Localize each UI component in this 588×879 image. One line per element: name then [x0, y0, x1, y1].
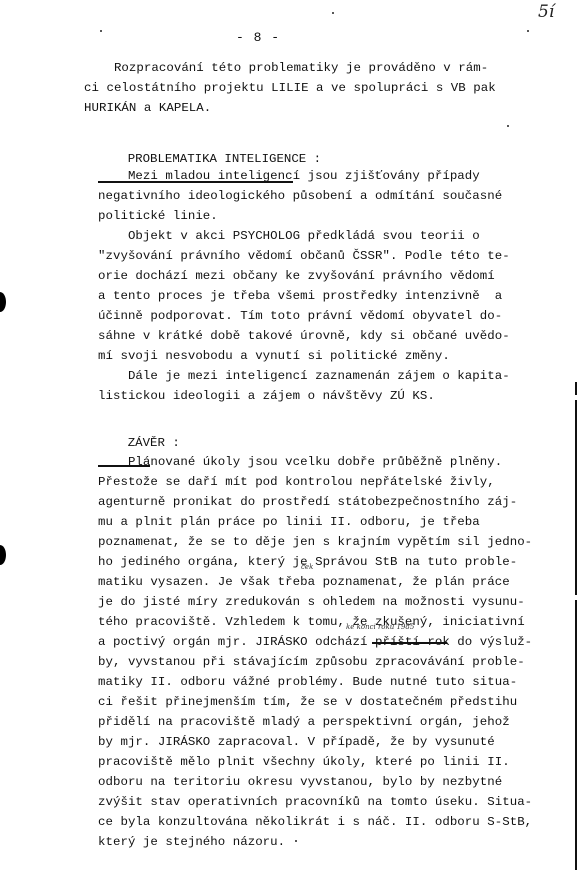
- text-line: mu a plnit plán práce po linii II. odbor…: [98, 512, 480, 532]
- text-line: ci celostátního projektu LILIE a ve spol…: [84, 78, 496, 98]
- text-line: je do jisté míry zredukován s ohledem na…: [98, 592, 525, 612]
- strikethrough-mark: [372, 642, 447, 644]
- text-line: přidělí na pracoviště mladý a perspektiv…: [98, 712, 510, 732]
- text-line: HURIKÁN a KAPELA.: [84, 98, 211, 118]
- text-line: tého pracoviště. Vzhledem k tomu, že zku…: [98, 612, 525, 632]
- text-line: a poctivý orgán mjr. JIRÁSKO odchází pří…: [98, 632, 532, 652]
- speck: [295, 840, 297, 842]
- handwritten-annotation-small: ček: [301, 563, 313, 571]
- handwritten-annotation: ke konci roku 1985: [346, 623, 414, 631]
- margin-line: [575, 400, 577, 595]
- text-line: Objekt v akci PSYCHOLOG předkládá svou t…: [98, 226, 480, 246]
- text-line: by mjr. JIRÁSKO zapracoval. V případě, ž…: [98, 732, 495, 752]
- heading-text: ZÁVĚR :: [128, 436, 180, 450]
- speck: [527, 30, 529, 32]
- speck: [100, 30, 102, 32]
- text-line: pracoviště mělo plnit všechny úkoly, kte…: [98, 752, 510, 772]
- text-line: negativního ideologického působení a odm…: [98, 186, 502, 206]
- text-line: a tento proces je třeba všemi prostředky…: [98, 286, 502, 306]
- text-line: mí svoji nesvobodu a vynutí si politické…: [98, 346, 450, 366]
- text-line: matiku vysazen. Je však třeba poznamenat…: [98, 572, 510, 592]
- text-line: Mezi mladou inteligencí jsou zjišťovány …: [98, 166, 480, 186]
- text-line: listickou ideologii a zájem o návštěvy Z…: [98, 386, 435, 406]
- document-page: 5í - 8 - Rozpracování této problematiky …: [0, 0, 588, 879]
- text-line: matiky II. odboru vážné problémy. Bude n…: [98, 672, 517, 692]
- speck: [507, 125, 509, 127]
- text-line: sáhne v krátké době takové úrovně, kdy s…: [98, 326, 510, 346]
- text-line: politické linie.: [98, 206, 218, 226]
- text-line: Rozpracování této problematiky je provád…: [84, 58, 488, 78]
- heading-text: PROBLEMATIKA INTELIGENCE :: [128, 152, 321, 166]
- text-line: agenturně pronikat do prostředí státobez…: [98, 492, 517, 512]
- speck: [332, 12, 334, 14]
- text-line: by, vyvstanou při stávajícím způsobu zpr…: [98, 652, 525, 672]
- text-line: který je stejného názoru.: [98, 832, 285, 852]
- punch-hole: [0, 292, 6, 312]
- text-line: Přestože se daří mít pod kontrolou nepřá…: [98, 472, 495, 492]
- text-line: Plánované úkoly jsou vcelku dobře průběž…: [98, 452, 502, 472]
- margin-line: [575, 382, 577, 395]
- text-line: ci řešit přinejmenším tím, že se v dosta…: [98, 692, 517, 712]
- text-line: zvýšit stav operativních pracovníků na t…: [98, 792, 532, 812]
- text-line: orie dochází mezi občany ke zvyšování pr…: [98, 266, 495, 286]
- handwritten-folio-number: 5í: [538, 2, 554, 22]
- page-number: - 8 -: [236, 30, 280, 45]
- text-line: ce byla konzultována několikrát i s náč.…: [98, 812, 532, 832]
- text-line: odboru na teritoriu okresu vyvstanou, by…: [98, 772, 502, 792]
- punch-hole: [0, 545, 6, 565]
- text-line: účinně podporovat. Tím toto právní vědom…: [98, 306, 502, 326]
- margin-line: [575, 600, 577, 870]
- text-line: Dále je mezi inteligencí zaznamenán záje…: [98, 366, 510, 386]
- text-line: "zvyšování právního vědomí občanů ČSSR".…: [98, 246, 510, 266]
- text-line: poznamenat, že se to děje jen s krajním …: [98, 532, 532, 552]
